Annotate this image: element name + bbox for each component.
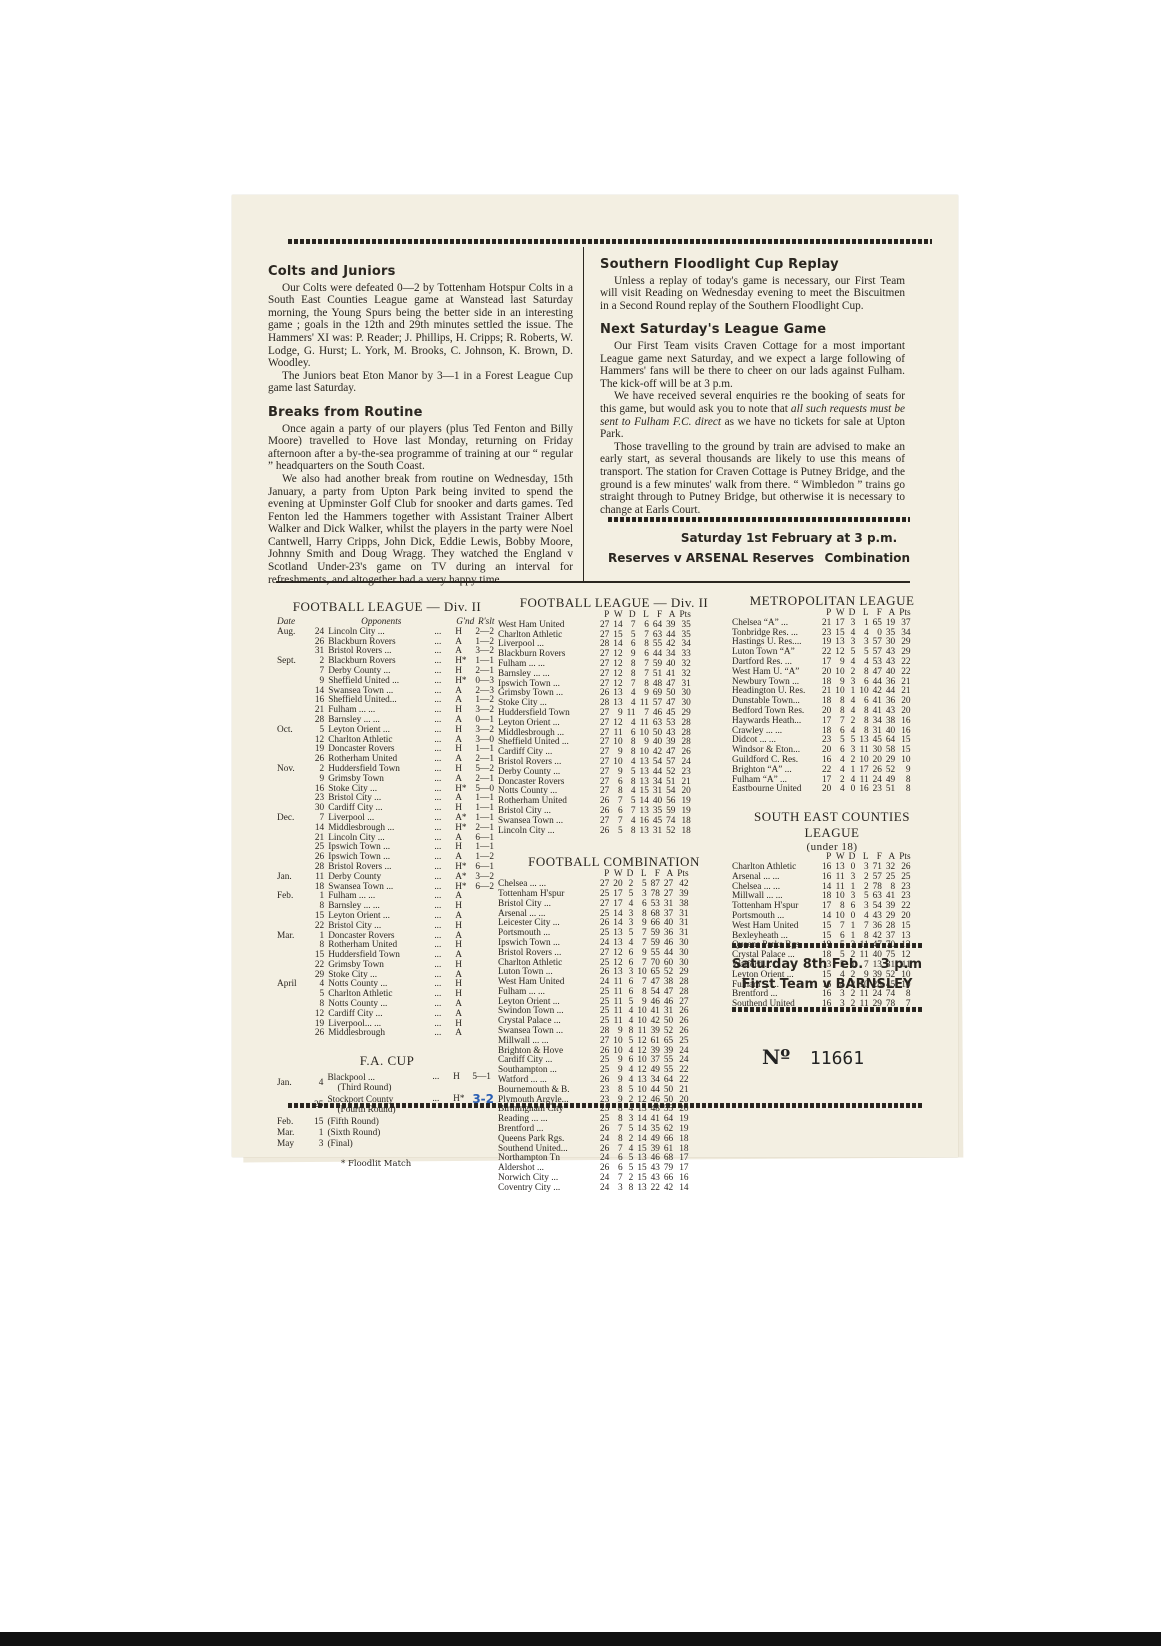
fixture-row: 19Liverpool... ......H xyxy=(277,1020,497,1030)
stat-cell: 18 xyxy=(675,827,690,837)
article-paragraph: The Juniors beat Eton Manor by 3—1 in a … xyxy=(268,370,573,395)
floodlit-footnote: * Floodlit Match xyxy=(277,1159,497,1169)
fixture-month xyxy=(277,785,310,795)
fa-cup-day: 15 xyxy=(309,1117,327,1128)
scan-bottom-edge xyxy=(0,1632,1161,1646)
team-name: Eastbourne United xyxy=(732,785,818,795)
fa-cup-day: 4 xyxy=(309,1073,327,1095)
fixture-month xyxy=(277,687,310,697)
first-team-banner: Saturday 8th Feb. 3 p.m First Team v BAR… xyxy=(732,957,922,992)
fixture-result xyxy=(475,951,497,961)
fixture-result xyxy=(475,1010,497,1020)
stat-cell: 8 xyxy=(623,827,636,837)
fixture-row: 21Fulham ... ......H3—2 xyxy=(277,706,497,716)
fixture-month xyxy=(277,990,310,1000)
fixture-result xyxy=(475,980,497,990)
fa-cup-result xyxy=(472,1117,497,1128)
stat-cell: 4 xyxy=(831,785,844,795)
fixture-row: 12Cardiff City ......A xyxy=(277,1010,497,1020)
fixture-result xyxy=(475,1020,497,1030)
first-team-banner-time: 3 p.m xyxy=(881,957,922,972)
first-team-banner-rule-top xyxy=(732,943,922,948)
league-table-title: FOOTBALL LEAGUE — Div. II xyxy=(498,595,730,611)
fixture-month xyxy=(277,736,310,746)
fixture-month xyxy=(277,834,310,844)
fixture-month xyxy=(277,677,310,687)
first-team-banner-rule-bottom xyxy=(732,1007,922,1012)
reserves-banner-competition: Combination xyxy=(824,551,910,565)
fixture-month xyxy=(277,667,310,677)
fa-cup-ground: H xyxy=(453,1073,472,1095)
fixture-row: 29Stoke City ......A xyxy=(277,971,497,981)
fixtures-table: Date Opponents G'nd R'slt Aug.24Lincoln … xyxy=(277,618,497,1039)
fa-cup-day: 3 xyxy=(309,1139,327,1150)
fixture-month xyxy=(277,775,310,785)
stat-cell: 14 xyxy=(673,1184,688,1194)
number-symbol: Nº xyxy=(762,1045,790,1069)
fixture-row: 15Leyton Orient ......A xyxy=(277,912,497,922)
fixture-month xyxy=(277,951,310,961)
fixture-row: Feb.1Fulham ... ......A xyxy=(277,892,497,902)
fixture-month xyxy=(277,745,310,755)
fixture-row: 14Middlesbrough ......H*2—1 xyxy=(277,824,497,834)
fa-cup-row: Jan.4Blackpool ...(Third Round)...H5—1 xyxy=(277,1073,497,1095)
fixture-row: 16Sheffield United......A1—2 xyxy=(277,696,497,706)
fa-cup-month: Feb. xyxy=(277,1117,309,1128)
fixture-month: Feb. xyxy=(277,892,310,902)
fixture-month xyxy=(277,824,310,834)
fixture-month: Mar. xyxy=(277,932,310,942)
stat-cell: 42 xyxy=(660,1184,673,1194)
metropolitan-table: PWDLFAPts Chelsea “A” ...211731651937Ton… xyxy=(732,609,911,795)
fa-cup-result xyxy=(472,1128,497,1139)
stat-cell: 23 xyxy=(869,785,882,795)
reserves-banner-match: Reserves v ARSENAL Reserves xyxy=(608,551,814,565)
fixture-row: 15Huddersfield Town...A xyxy=(277,951,497,961)
fa-cup-opponent: Blackpool ...(Third Round) xyxy=(327,1073,432,1095)
fixture-month: Aug. xyxy=(277,628,310,638)
fixture-day: 26 xyxy=(310,1029,328,1039)
league-table: PWDLFAPts West Ham United271476643935Cha… xyxy=(498,611,691,836)
fixture-month xyxy=(277,638,310,648)
fa-cup-leader-dots xyxy=(432,1139,453,1150)
fixture-month: Dec. xyxy=(277,814,310,824)
fixture-row: 22Grimsby Town...H xyxy=(277,961,497,971)
fa-cup-leader-dots xyxy=(432,1128,453,1139)
fixture-result xyxy=(475,912,497,922)
stat-cell: 13 xyxy=(633,1184,646,1194)
fixture-leader-dots: ... xyxy=(434,1029,455,1039)
article-paragraph: Our First Team visits Craven Cottage for… xyxy=(600,340,905,390)
fixture-month xyxy=(277,843,310,853)
fixture-month xyxy=(277,1020,310,1030)
fixture-result xyxy=(475,1000,497,1010)
fa-cup-table: Jan.4Blackpool ...(Third Round)...H5—125… xyxy=(277,1073,497,1150)
article-floodlight-cup: Southern Floodlight Cup Replay Unless a … xyxy=(600,259,905,516)
stat-cell: 8 xyxy=(895,785,910,795)
fa-cup-day: 1 xyxy=(309,1128,327,1139)
fixture-result: 6—2 xyxy=(475,883,497,893)
fixture-ground: A xyxy=(455,1029,475,1039)
fa-cup-ground xyxy=(453,1128,472,1139)
fixture-result xyxy=(475,990,497,1000)
fixture-month xyxy=(277,853,310,863)
fixture-month xyxy=(277,1029,310,1039)
fixture-row: 18Swansea Town ......H*6—2 xyxy=(277,883,497,893)
fixture-result xyxy=(475,922,497,932)
stat-cell: 31 xyxy=(649,827,662,837)
fa-cup-row: Feb.15(Fifth Round) xyxy=(277,1117,497,1128)
fixture-month: Jan. xyxy=(277,873,310,883)
fixtures-section: FOOTBALL LEAGUE — Div. II Date Opponents… xyxy=(277,599,497,1169)
stat-cell: 24 xyxy=(596,1184,609,1194)
fixture-month: Nov. xyxy=(277,765,310,775)
number-value: 11661 xyxy=(810,1048,864,1069)
article-title: Next Saturday's League Game xyxy=(600,324,905,337)
stat-cell: 26 xyxy=(596,827,609,837)
stat-cell: 22 xyxy=(647,1184,660,1194)
combination-table: PWDLFAPts Chelsea ... ...272025872742Tot… xyxy=(498,870,689,1193)
fixture-month xyxy=(277,1010,310,1020)
stat-cell: 0 xyxy=(845,785,856,795)
fa-cup-ground xyxy=(453,1117,472,1128)
fixture-month xyxy=(277,794,310,804)
bottom-dashed-rule xyxy=(288,1103,922,1108)
fixture-month xyxy=(277,1000,310,1010)
fa-cup-month: Jan. xyxy=(277,1073,309,1095)
fixture-result xyxy=(475,902,497,912)
sec-title: SOUTH EAST COUNTIES LEAGUE xyxy=(732,809,932,841)
fa-cup-round: (Third Round) xyxy=(327,1084,429,1094)
fixture-month: Sept. xyxy=(277,657,310,667)
fixture-month xyxy=(277,912,310,922)
fa-cup-leader-dots xyxy=(432,1117,453,1128)
reserves-banner-rule xyxy=(608,517,910,522)
team-name: Coventry City ... xyxy=(498,1184,596,1194)
fa-cup-month: May xyxy=(277,1139,309,1150)
fixture-month: April xyxy=(277,980,310,990)
reserves-banner: Saturday 1st February at 3 p.m. Reserves… xyxy=(608,531,910,565)
article-title: Southern Floodlight Cup Replay xyxy=(600,259,905,272)
programme-page: Colts and Juniors Our Colts were defeate… xyxy=(232,195,958,1157)
fa-cup-leader-dots: ... xyxy=(432,1073,453,1095)
first-team-banner-match: First Team v BARNSLEY xyxy=(732,977,922,992)
fixture-month xyxy=(277,961,310,971)
fixture-row: Nov.2Huddersfield Town...H5—2 xyxy=(277,765,497,775)
fa-cup-ground xyxy=(453,1139,472,1150)
fa-cup-opponent: (Final) xyxy=(327,1139,432,1150)
fixture-result xyxy=(475,932,497,942)
stat-cell: 5 xyxy=(609,827,622,837)
fixture-month xyxy=(277,902,310,912)
article-paragraph: We also had another break from routine o… xyxy=(268,473,573,586)
fa-cup-opponent: (Sixth Round) xyxy=(327,1128,432,1139)
article-title: Breaks from Routine xyxy=(268,407,573,420)
article-title: Colts and Juniors xyxy=(268,266,573,279)
fixture-row: 23Bristol City ......A1—1 xyxy=(277,794,497,804)
column-divider xyxy=(583,247,584,583)
stat-cell: 20 xyxy=(818,785,831,795)
fa-cup-title: F.A. CUP xyxy=(277,1053,497,1069)
stat-cell: 52 xyxy=(662,827,675,837)
programme-number: Nº 11661 xyxy=(762,1045,864,1069)
fixture-row: 5Charlton Athletic...H xyxy=(277,990,497,1000)
fixture-month xyxy=(277,706,310,716)
combination-title: FOOTBALL COMBINATION xyxy=(498,854,730,870)
fa-cup-row: May3(Final) xyxy=(277,1139,497,1150)
article-paragraph: We have received several enquiries re th… xyxy=(600,390,905,440)
fixtures-title: FOOTBALL LEAGUE — Div. II xyxy=(277,599,497,615)
fixture-row: 16Stoke City ......H*5—0 xyxy=(277,785,497,795)
article-paragraph: Those travelling to the ground by train … xyxy=(600,441,905,517)
stat-cell: 51 xyxy=(882,785,895,795)
fixture-month: Oct. xyxy=(277,726,310,736)
team-name: Lincoln City ... xyxy=(498,827,596,837)
fa-cup-month: Mar. xyxy=(277,1128,309,1139)
fixture-result xyxy=(475,961,497,971)
fixture-result xyxy=(475,971,497,981)
article-paragraph: Unless a replay of today's game is neces… xyxy=(600,275,905,313)
stat-cell: 16 xyxy=(855,785,868,795)
fixture-month xyxy=(277,696,310,706)
fixture-row: 8Notts County ......A xyxy=(277,1000,497,1010)
article-colts-juniors: Colts and Juniors Our Colts were defeate… xyxy=(268,266,573,586)
stat-cell: 13 xyxy=(636,827,649,837)
fixture-result xyxy=(475,892,497,902)
fixture-row: 26Middlesbrough...A xyxy=(277,1029,497,1039)
reserves-banner-date: Saturday 1st February at 3 p.m. xyxy=(608,531,910,545)
standings-row: Coventry City ...243813224214 xyxy=(498,1184,689,1194)
fixture-result xyxy=(475,1029,497,1039)
fixture-result xyxy=(475,941,497,951)
tables-top-rule xyxy=(276,581,910,583)
fa-cup-opponent: (Fifth Round) xyxy=(327,1117,432,1128)
standings-row: Lincoln City ...265813315218 xyxy=(498,827,691,837)
fa-cup-result xyxy=(472,1139,497,1150)
top-dashed-rule xyxy=(288,239,932,244)
article-paragraph: Once again a party of our players (plus … xyxy=(268,423,573,473)
metropolitan-title: METROPOLITAN LEAGUE xyxy=(732,593,932,609)
first-team-banner-date: Saturday 8th Feb. xyxy=(732,957,863,972)
article-paragraph: Our Colts were defeated 0—2 by Tottenham… xyxy=(268,282,573,370)
standings-row: Eastbourne United20401623518 xyxy=(732,785,911,795)
fa-cup-row: Mar.1(Sixth Round) xyxy=(277,1128,497,1139)
fixtures-header: Date Opponents G'nd R'slt xyxy=(277,618,497,628)
fixture-month xyxy=(277,941,310,951)
fixture-opponent: Middlesbrough xyxy=(328,1029,434,1039)
stat-cell: 3 xyxy=(609,1184,622,1194)
stat-cell: 8 xyxy=(623,1184,634,1194)
